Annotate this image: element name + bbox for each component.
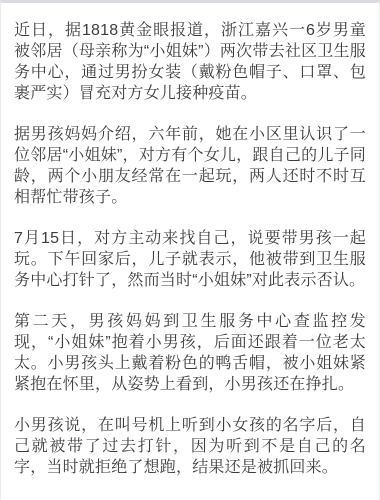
- article-paragraph-1: 近日，据1818黄金眼报道，浙江嘉兴一6岁男童被邻居（母亲称为“小姐妹”）两次带…: [14, 20, 366, 104]
- article-paragraph-4: 第二天，男孩妈妈到卫生服务中心查监控发现，“小姐妹”抱着小男孩，后面还跟着一位老…: [14, 311, 366, 395]
- article-paragraph-3: 7月15日，对方主动来找自己，说要带男孩一起玩。下午回家后，儿子就表示，他被带到…: [14, 228, 366, 291]
- article-paragraph-2: 据男孩妈妈介绍，六年前，她在小区里认识了一位邻居“小姐妹”，对方有个女儿，跟自己…: [14, 124, 366, 208]
- article-paragraph-5: 小男孩说，在叫号机上听到小女孩的名字后，自己就被带了过去打针，因为听到不是自己的…: [14, 415, 366, 478]
- article-body: 近日，据1818黄金眼报道，浙江嘉兴一6岁男童被邻居（母亲称为“小姐妹”）两次带…: [1, 3, 379, 500]
